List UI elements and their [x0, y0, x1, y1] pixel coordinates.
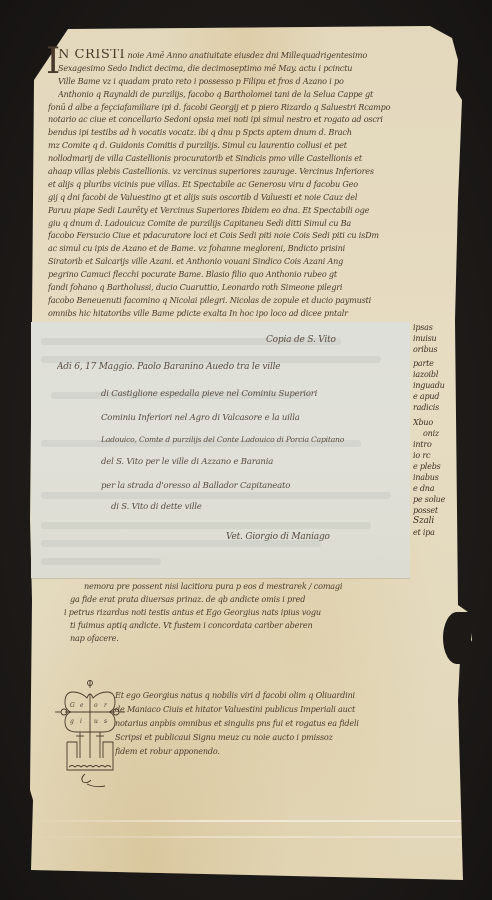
- margin-line: e apud: [413, 391, 457, 402]
- margin-line: et ipa: [413, 527, 457, 538]
- text-line: Ville Bame vz i quadam prato reto i poss…: [58, 75, 453, 88]
- text-line: omnibs hic hitatoribs ville Bame pdicte …: [48, 307, 453, 320]
- margin-line: iazoibl: [413, 369, 457, 380]
- text-line: nollodmarij de villa Castellionis procur…: [48, 152, 453, 165]
- insert-line: Cominiu Inferiori nel Agro di Valcasore …: [101, 413, 300, 423]
- margin-line: inguadu: [413, 380, 457, 391]
- signum-letter: o: [94, 702, 98, 709]
- text-line: nap ofacere.: [64, 632, 464, 645]
- text-line: N CRISTI noie Amē Anno anatiuitate eiusd…: [58, 49, 453, 62]
- margin-line: ipsas: [413, 322, 457, 333]
- margin-line: intro: [413, 439, 457, 450]
- insert-line: Ladouico, Comte d purzilijs del Conte La…: [101, 435, 344, 444]
- margin-line: parte: [413, 358, 457, 369]
- text-line: de Maniaco Ciuis et hitator Valuestini p…: [115, 702, 465, 716]
- notary-subscription-block: Et ego Georgius natus q nobilis viri d f…: [115, 688, 465, 758]
- insert-signature: Vet. Giorgio di Maniago: [226, 532, 330, 542]
- insert-line: di Castiglione espedalla pieve nel Comin…: [101, 389, 317, 399]
- text-line: facobo Fersucio Ciue et pdacuratore loci…: [48, 229, 453, 242]
- margin-line: inabus: [413, 472, 457, 483]
- text-line: ahaap villas plebis Castellionis. vz ver…: [48, 165, 453, 178]
- heading: N CRISTI: [58, 49, 125, 62]
- text-line: Scripsi et publicaui Signu meuz cu noie …: [115, 730, 465, 744]
- signum-letter: e: [80, 702, 84, 709]
- continuation-text-block: nemora pre possent nisi lacitiora pura p…: [64, 580, 464, 644]
- margin-line: oribus: [413, 344, 457, 355]
- margin-line: pe solue: [413, 494, 457, 505]
- text-line: giu q dnum d. Ladouicuz Comite de purzil…: [48, 217, 453, 230]
- text-line: pegrino Camuci flecchi pocurate Bame. Bl…: [48, 268, 453, 281]
- text-line: ga fide erat prata diuersas prinaz. de q…: [64, 593, 464, 606]
- margin-line: Xbuo: [413, 417, 457, 428]
- text-line: bendus ipi testibs ad h vocatis vocatz. …: [48, 126, 453, 139]
- insert-line: per la strada d'oresso al Ballador Capit…: [101, 481, 290, 491]
- text-line: notario ac ciue et concellario Sedoni op…: [48, 113, 453, 126]
- margin-line: inuisu: [413, 333, 457, 344]
- margin-text-column: ipsas inuisu oribus parte iazoibl inguad…: [413, 322, 457, 538]
- text-line: mz Comite q d. Guidonis Comitis d purzil…: [48, 139, 453, 152]
- insert-line: di S. Vito di dette ville: [111, 502, 202, 512]
- text-line: Sexagesimo Sedo Indict decima, die decim…: [58, 62, 453, 75]
- text-line: ac simul cu ipis de Azano et de Bame. vz…: [48, 242, 453, 255]
- paper-insert: Copia de S. Vito Adi 6, 17 Maggio. Paolo…: [31, 322, 410, 578]
- signum-letter: r: [104, 702, 108, 709]
- text-line: notarius anpbis omnibus et singulis pns …: [115, 716, 465, 730]
- text-line: fonū d albe a feçciafamiliare ipi d. fac…: [48, 101, 453, 114]
- insert-text-block: Copia de S. Vito Adi 6, 17 Maggio. Paolo…: [31, 322, 410, 578]
- text-line: Paruu piape Sedi Laurēty et Vercinus Sup…: [48, 204, 453, 217]
- text-line: gij q dni facobi de Valuestino gt et ali…: [48, 191, 453, 204]
- insert-line: del S. Vito per le ville di Azzano e Bar…: [101, 457, 273, 467]
- text-line: fidem et robur apponendo.: [115, 744, 465, 758]
- fold-line: [31, 820, 463, 822]
- insert-caption: Copia de S. Vito: [266, 335, 336, 345]
- text-line: Anthonio q Raynaldi de purzilijs, facobo…: [58, 88, 453, 101]
- margin-line: radicis: [413, 402, 457, 413]
- fold-line: [31, 836, 463, 838]
- main-text-block: N CRISTI noie Amē Anno anatiuitate eiusd…: [58, 49, 453, 320]
- text-line: et alijs q pluribs vicinis pue villas. E…: [48, 178, 453, 191]
- text-line: i petrus rizardus noti testis antus et E…: [64, 606, 464, 619]
- text-line: fandi fohano q Bartholussi, ducio Cuarut…: [48, 281, 453, 294]
- signum-letter: G: [70, 702, 75, 709]
- margin-line: io rc: [413, 450, 457, 461]
- text-line: Siratorib et Salcarijs ville Azani. et A…: [48, 255, 453, 268]
- signum-letter: g: [70, 718, 74, 725]
- signum-letter: i: [80, 718, 82, 725]
- signum-letter: u: [94, 718, 98, 725]
- margin-line: e plebs: [413, 461, 457, 472]
- signum-letter: s: [104, 718, 107, 725]
- text-line: ti fuimus aptiq andicte. Vt fustem i con…: [64, 619, 464, 632]
- margin-line: posset: [413, 505, 457, 516]
- insert-line: Adi 6, 17 Maggio. Paolo Baranino Auedo t…: [57, 362, 280, 372]
- text-line: facobo Beneuenuti facomino q Nicolai pil…: [48, 294, 453, 307]
- text-line: nemora pre possent nisi lacitiora pura p…: [64, 580, 464, 593]
- margin-line: oniz: [413, 428, 457, 439]
- margin-line: Szali: [413, 516, 457, 527]
- margin-line: e dna: [413, 483, 457, 494]
- text-line: Et ego Georgius natus q nobilis viri d f…: [115, 688, 465, 702]
